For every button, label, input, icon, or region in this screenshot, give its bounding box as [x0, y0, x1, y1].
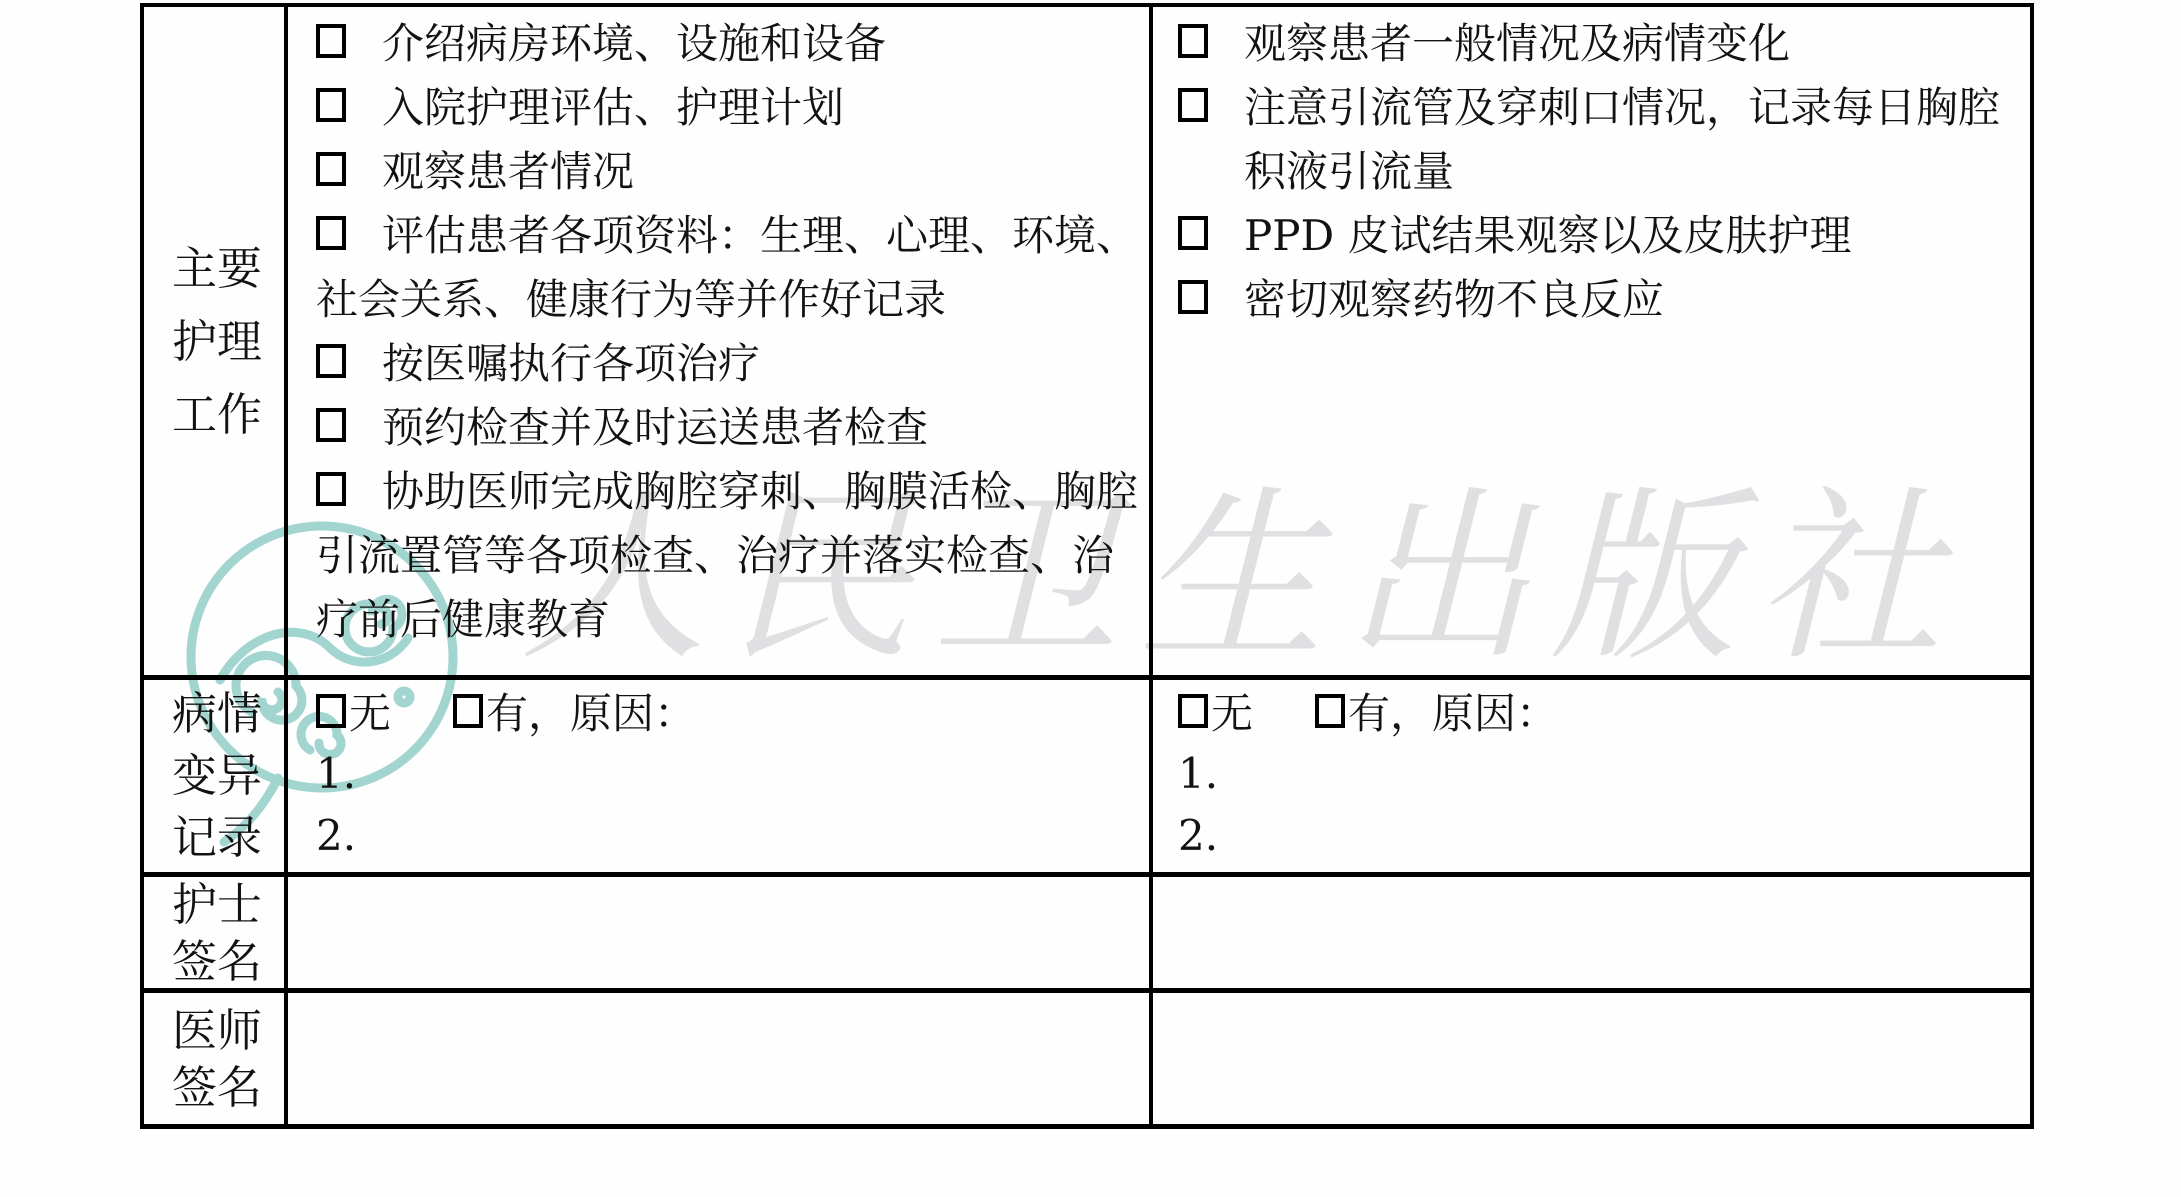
checklist-line: PPD 皮试结果观察以及皮肤护理 [1178, 201, 2030, 265]
checkbox-icon[interactable] [1178, 24, 1208, 58]
checklist-text: 入院护理评估、护理计划 [382, 75, 844, 135]
checkbox-icon[interactable] [1178, 280, 1208, 314]
checklist-text: 引流置管等各项检查、治疗并落实检查、治 [316, 523, 1114, 583]
row-label-line: 工作 [172, 378, 284, 451]
option-yes-label: 有，原因： [1348, 681, 1558, 741]
doctor-signature-right-field[interactable] [1153, 993, 2030, 1124]
doctor-signature-left-field[interactable] [288, 993, 1153, 1124]
row-label-nurse-signature: 护士签名 [144, 877, 288, 993]
nurse-signature-right-field[interactable] [1153, 877, 2030, 993]
checklist-text: 介绍病房环境、设施和设备 [382, 11, 886, 71]
main-care-left-column-cell: 介绍病房环境、设施和设备 入院护理评估、护理计划 观察患者情况 评估患者各项资料… [288, 7, 1153, 680]
row-label-doctor-signature: 医师签名 [144, 993, 288, 1124]
variation-right-cell: 无 有，原因： 1. 2. [1153, 680, 2030, 877]
variation-item-1: 1. [1178, 742, 2030, 804]
checklist-line: 评估患者各项资料：生理、心理、环境、 [316, 201, 1149, 265]
checklist-line: 引流置管等各项检查、治疗并落实检查、治 [316, 521, 1149, 585]
checklist-line: 预约检查并及时运送患者检查 [316, 393, 1149, 457]
checkbox-icon[interactable] [1178, 216, 1208, 250]
checklist-line: 介绍病房环境、设施和设备 [316, 9, 1149, 73]
checklist-line: 社会关系、健康行为等并作好记录 [316, 265, 1149, 329]
row-label-line: 医师 [172, 1002, 284, 1059]
checklist-line: 观察患者情况 [316, 137, 1149, 201]
row-label-line: 护理 [172, 305, 284, 378]
checklist-text: 注意引流管及穿刺口情况，记录每日胸腔 [1244, 75, 2000, 135]
checkbox-icon[interactable] [316, 152, 346, 186]
checklist-line: 疗前后健康教育 [316, 585, 1149, 649]
row-label-line: 护士 [172, 877, 284, 933]
checklist-line: 积液引流量 [1178, 137, 2030, 201]
checkbox-icon[interactable] [316, 344, 346, 378]
checkbox-icon[interactable] [1315, 694, 1345, 728]
option-none-label: 无 [1211, 681, 1253, 741]
checklist-text: 预约检查并及时运送患者检查 [382, 395, 928, 455]
checklist-line: 观察患者一般情况及病情变化 [1178, 9, 2030, 73]
option-none-label: 无 [349, 681, 391, 741]
option-yes-label: 有，原因： [486, 681, 696, 741]
row-label-line: 签名 [172, 1059, 284, 1116]
variation-left-cell: 无 有，原因： 1. 2. [288, 680, 1153, 877]
checklist-text: 评估患者各项资料：生理、心理、环境、 [382, 203, 1138, 263]
variation-item-2: 2. [316, 804, 1149, 866]
variation-item-1: 1. [316, 742, 1149, 804]
nurse-signature-left-field[interactable] [288, 877, 1153, 993]
variation-options-line: 无 有，原因： [1178, 680, 2030, 742]
checklist-line: 密切观察药物不良反应 [1178, 265, 2030, 329]
checklist-text: 观察患者情况 [382, 139, 634, 199]
checkbox-icon[interactable] [316, 694, 346, 728]
row-label-main-nursing-work: 主要护理工作 [144, 7, 288, 680]
checklist-line: 按医嘱执行各项治疗 [316, 329, 1149, 393]
checkbox-icon[interactable] [316, 408, 346, 442]
checklist-text: 疗前后健康教育 [316, 587, 610, 647]
checkbox-icon[interactable] [316, 88, 346, 122]
checklist-text: 密切观察药物不良反应 [1244, 267, 1664, 327]
checklist-text: PPD 皮试结果观察以及皮肤护理 [1244, 203, 1852, 263]
row-label-line: 变异 [172, 745, 284, 807]
checklist-line: 协助医师完成胸腔穿刺、胸膜活检、胸腔 [316, 457, 1149, 521]
checkbox-icon[interactable] [453, 694, 483, 728]
checklist-line: 注意引流管及穿刺口情况，记录每日胸腔 [1178, 73, 2030, 137]
checkbox-icon[interactable] [316, 472, 346, 506]
checklist-line: 入院护理评估、护理计划 [316, 73, 1149, 137]
clinical-pathway-table: 主要护理工作 介绍病房环境、设施和设备 入院护理评估、护理计划 观察患者情况 评… [140, 3, 2034, 1129]
variation-options-line: 无 有，原因： [316, 680, 1149, 742]
checklist-text: 观察患者一般情况及病情变化 [1244, 11, 1790, 71]
checkbox-icon[interactable] [316, 216, 346, 250]
row-label-variation-record: 病情变异记录 [144, 680, 288, 877]
checkbox-icon[interactable] [1178, 694, 1208, 728]
row-label-line: 记录 [172, 807, 284, 869]
checklist-text: 积液引流量 [1178, 139, 1454, 199]
checklist-text: 协助医师完成胸腔穿刺、胸膜活检、胸腔 [382, 459, 1138, 519]
checklist-text: 按医嘱执行各项治疗 [382, 331, 760, 391]
checkbox-icon[interactable] [316, 24, 346, 58]
checkbox-icon[interactable] [1178, 88, 1208, 122]
variation-item-2: 2. [1178, 804, 2030, 866]
checklist-text: 社会关系、健康行为等并作好记录 [316, 267, 946, 327]
row-label-line: 主要 [172, 232, 284, 305]
row-label-line: 签名 [172, 933, 284, 990]
row-label-line: 病情 [172, 683, 284, 745]
main-care-right-column-cell: 观察患者一般情况及病情变化 注意引流管及穿刺口情况，记录每日胸腔 积液引流量 P… [1153, 7, 2030, 680]
